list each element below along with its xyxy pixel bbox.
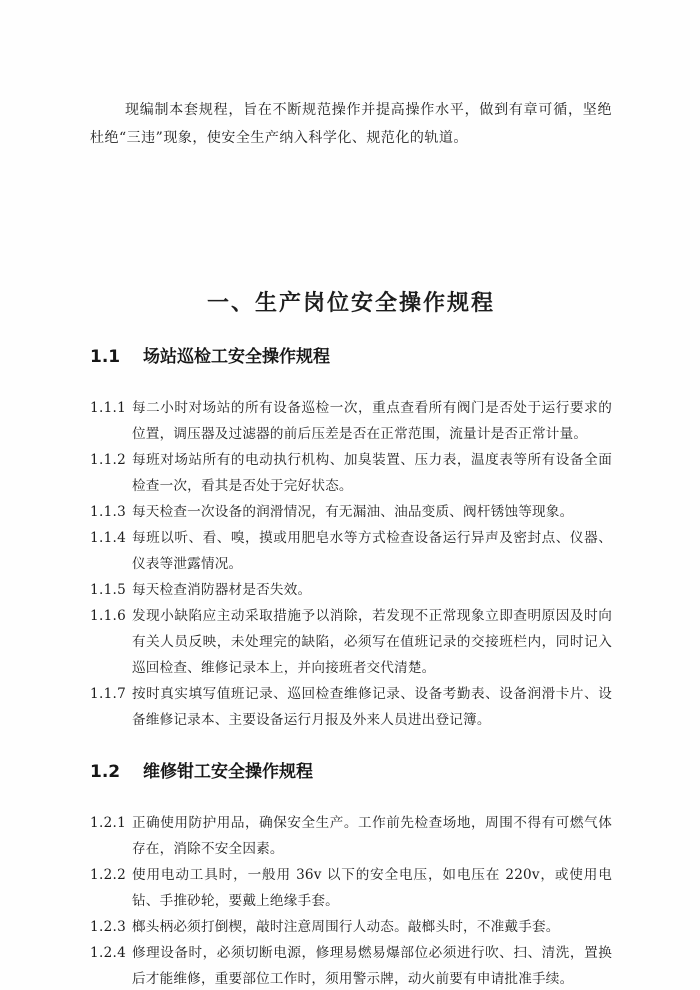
section-heading-1-2: 1.2 维修钳工安全操作规程 bbox=[90, 760, 612, 784]
item-number: 1.2.4 bbox=[90, 940, 132, 966]
section-number: 1.1 bbox=[90, 345, 143, 369]
item-text: 每班以听、看、嗅，摸或用肥皂水等方式检查设备运行异声及密封点、仪器、仪表等泄露情… bbox=[132, 525, 612, 577]
item-number: 1.1.3 bbox=[90, 499, 132, 525]
item-number: 1.2.1 bbox=[90, 810, 132, 836]
item-text: 每天检查一次设备的润滑情况，有无漏油、油品变质、阀杆锈蚀等现象。 bbox=[132, 499, 612, 525]
item-text: 使用电动工具时，一般用 36v 以下的安全电压，如电压在 220v，或使用电钻、… bbox=[132, 862, 612, 914]
list-item: 1.1.5 每天检查消防器材是否失效。 bbox=[90, 577, 612, 603]
list-item: 1.1.7 按时真实填写值班记录、巡回检查维修记录、设备考勤表、设备润滑卡片、设… bbox=[90, 681, 612, 733]
list-item: 1.1.3 每天检查一次设备的润滑情况，有无漏油、油品变质、阀杆锈蚀等现象。 bbox=[90, 499, 612, 525]
list-item: 1.1.1 每二小时对场站的所有设备巡检一次，重点查看所有阀门是否处于运行要求的… bbox=[90, 395, 612, 447]
document-page: 现编制本套规程，旨在不断规范操作并提高操作水平，做到有章可循，坚绝杜绝“三违”现… bbox=[0, 0, 700, 990]
item-number: 1.2.3 bbox=[90, 914, 132, 940]
section-1-2-items: 1.2.1 正确使用防护用品，确保安全生产。工作前先检查场地，周围不得有可燃气体… bbox=[90, 810, 612, 990]
section-1-2: 1.2 维修钳工安全操作规程 1.2.1 正确使用防护用品，确保安全生产。工作前… bbox=[90, 760, 612, 990]
item-number: 1.1.4 bbox=[90, 525, 132, 551]
item-number: 1.1.6 bbox=[90, 603, 132, 629]
section-heading-1-1: 1.1 场站巡检工安全操作规程 bbox=[90, 345, 612, 369]
section-1-1: 1.1 场站巡检工安全操作规程 1.1.1 每二小时对场站的所有设备巡检一次，重… bbox=[90, 345, 612, 733]
intro-paragraph: 现编制本套规程，旨在不断规范操作并提高操作水平，做到有章可循，坚绝杜绝“三违”现… bbox=[90, 96, 612, 152]
item-text: 修理设备时，必须切断电源，修理易燃易爆部位必须进行吹、扫、清洗，置换后才能维修，… bbox=[132, 940, 612, 990]
section-1-1-items: 1.1.1 每二小时对场站的所有设备巡检一次，重点查看所有阀门是否处于运行要求的… bbox=[90, 395, 612, 733]
list-item: 1.2.3 榔头柄必须打倒楔，敲时注意周围行人动态。敲榔头时，不准戴手套。 bbox=[90, 914, 612, 940]
item-text: 每班对场站所有的电动执行机构、加臭装置、压力表，温度表等所有设备全面检查一次，看… bbox=[132, 447, 612, 499]
list-item: 1.1.4 每班以听、看、嗅，摸或用肥皂水等方式检查设备运行异声及密封点、仪器、… bbox=[90, 525, 612, 577]
section-number: 1.2 bbox=[90, 760, 143, 784]
list-item: 1.1.2 每班对场站所有的电动执行机构、加臭装置、压力表，温度表等所有设备全面… bbox=[90, 447, 612, 499]
item-text: 正确使用防护用品，确保安全生产。工作前先检查场地，周围不得有可燃气体存在，消除不… bbox=[132, 810, 612, 862]
section-title: 维修钳工安全操作规程 bbox=[143, 760, 313, 784]
item-text: 发现小缺陷应主动采取措施予以消除，若发现不正常现象立即查明原因及时向有关人员反映… bbox=[132, 603, 612, 681]
list-item: 1.2.1 正确使用防护用品，确保安全生产。工作前先检查场地，周围不得有可燃气体… bbox=[90, 810, 612, 862]
list-item: 1.2.4 修理设备时，必须切断电源，修理易燃易爆部位必须进行吹、扫、清洗，置换… bbox=[90, 940, 612, 990]
chapter-heading: 一、生产岗位安全操作规程 bbox=[90, 288, 612, 318]
section-title: 场站巡检工安全操作规程 bbox=[143, 345, 330, 369]
list-item: 1.2.2 使用电动工具时，一般用 36v 以下的安全电压，如电压在 220v，… bbox=[90, 862, 612, 914]
item-text: 榔头柄必须打倒楔，敲时注意周围行人动态。敲榔头时，不准戴手套。 bbox=[132, 914, 612, 940]
item-number: 1.2.2 bbox=[90, 862, 132, 888]
item-number: 1.1.5 bbox=[90, 577, 132, 603]
list-item: 1.1.6 发现小缺陷应主动采取措施予以消除，若发现不正常现象立即查明原因及时向… bbox=[90, 603, 612, 681]
item-number: 1.1.2 bbox=[90, 447, 132, 473]
item-text: 每二小时对场站的所有设备巡检一次，重点查看所有阀门是否处于运行要求的位置，调压器… bbox=[132, 395, 612, 447]
item-text: 每天检查消防器材是否失效。 bbox=[132, 577, 612, 603]
item-text: 按时真实填写值班记录、巡回检查维修记录、设备考勤表、设备润滑卡片、设备维修记录本… bbox=[132, 681, 612, 733]
item-number: 1.1.7 bbox=[90, 681, 132, 707]
item-number: 1.1.1 bbox=[90, 395, 132, 421]
